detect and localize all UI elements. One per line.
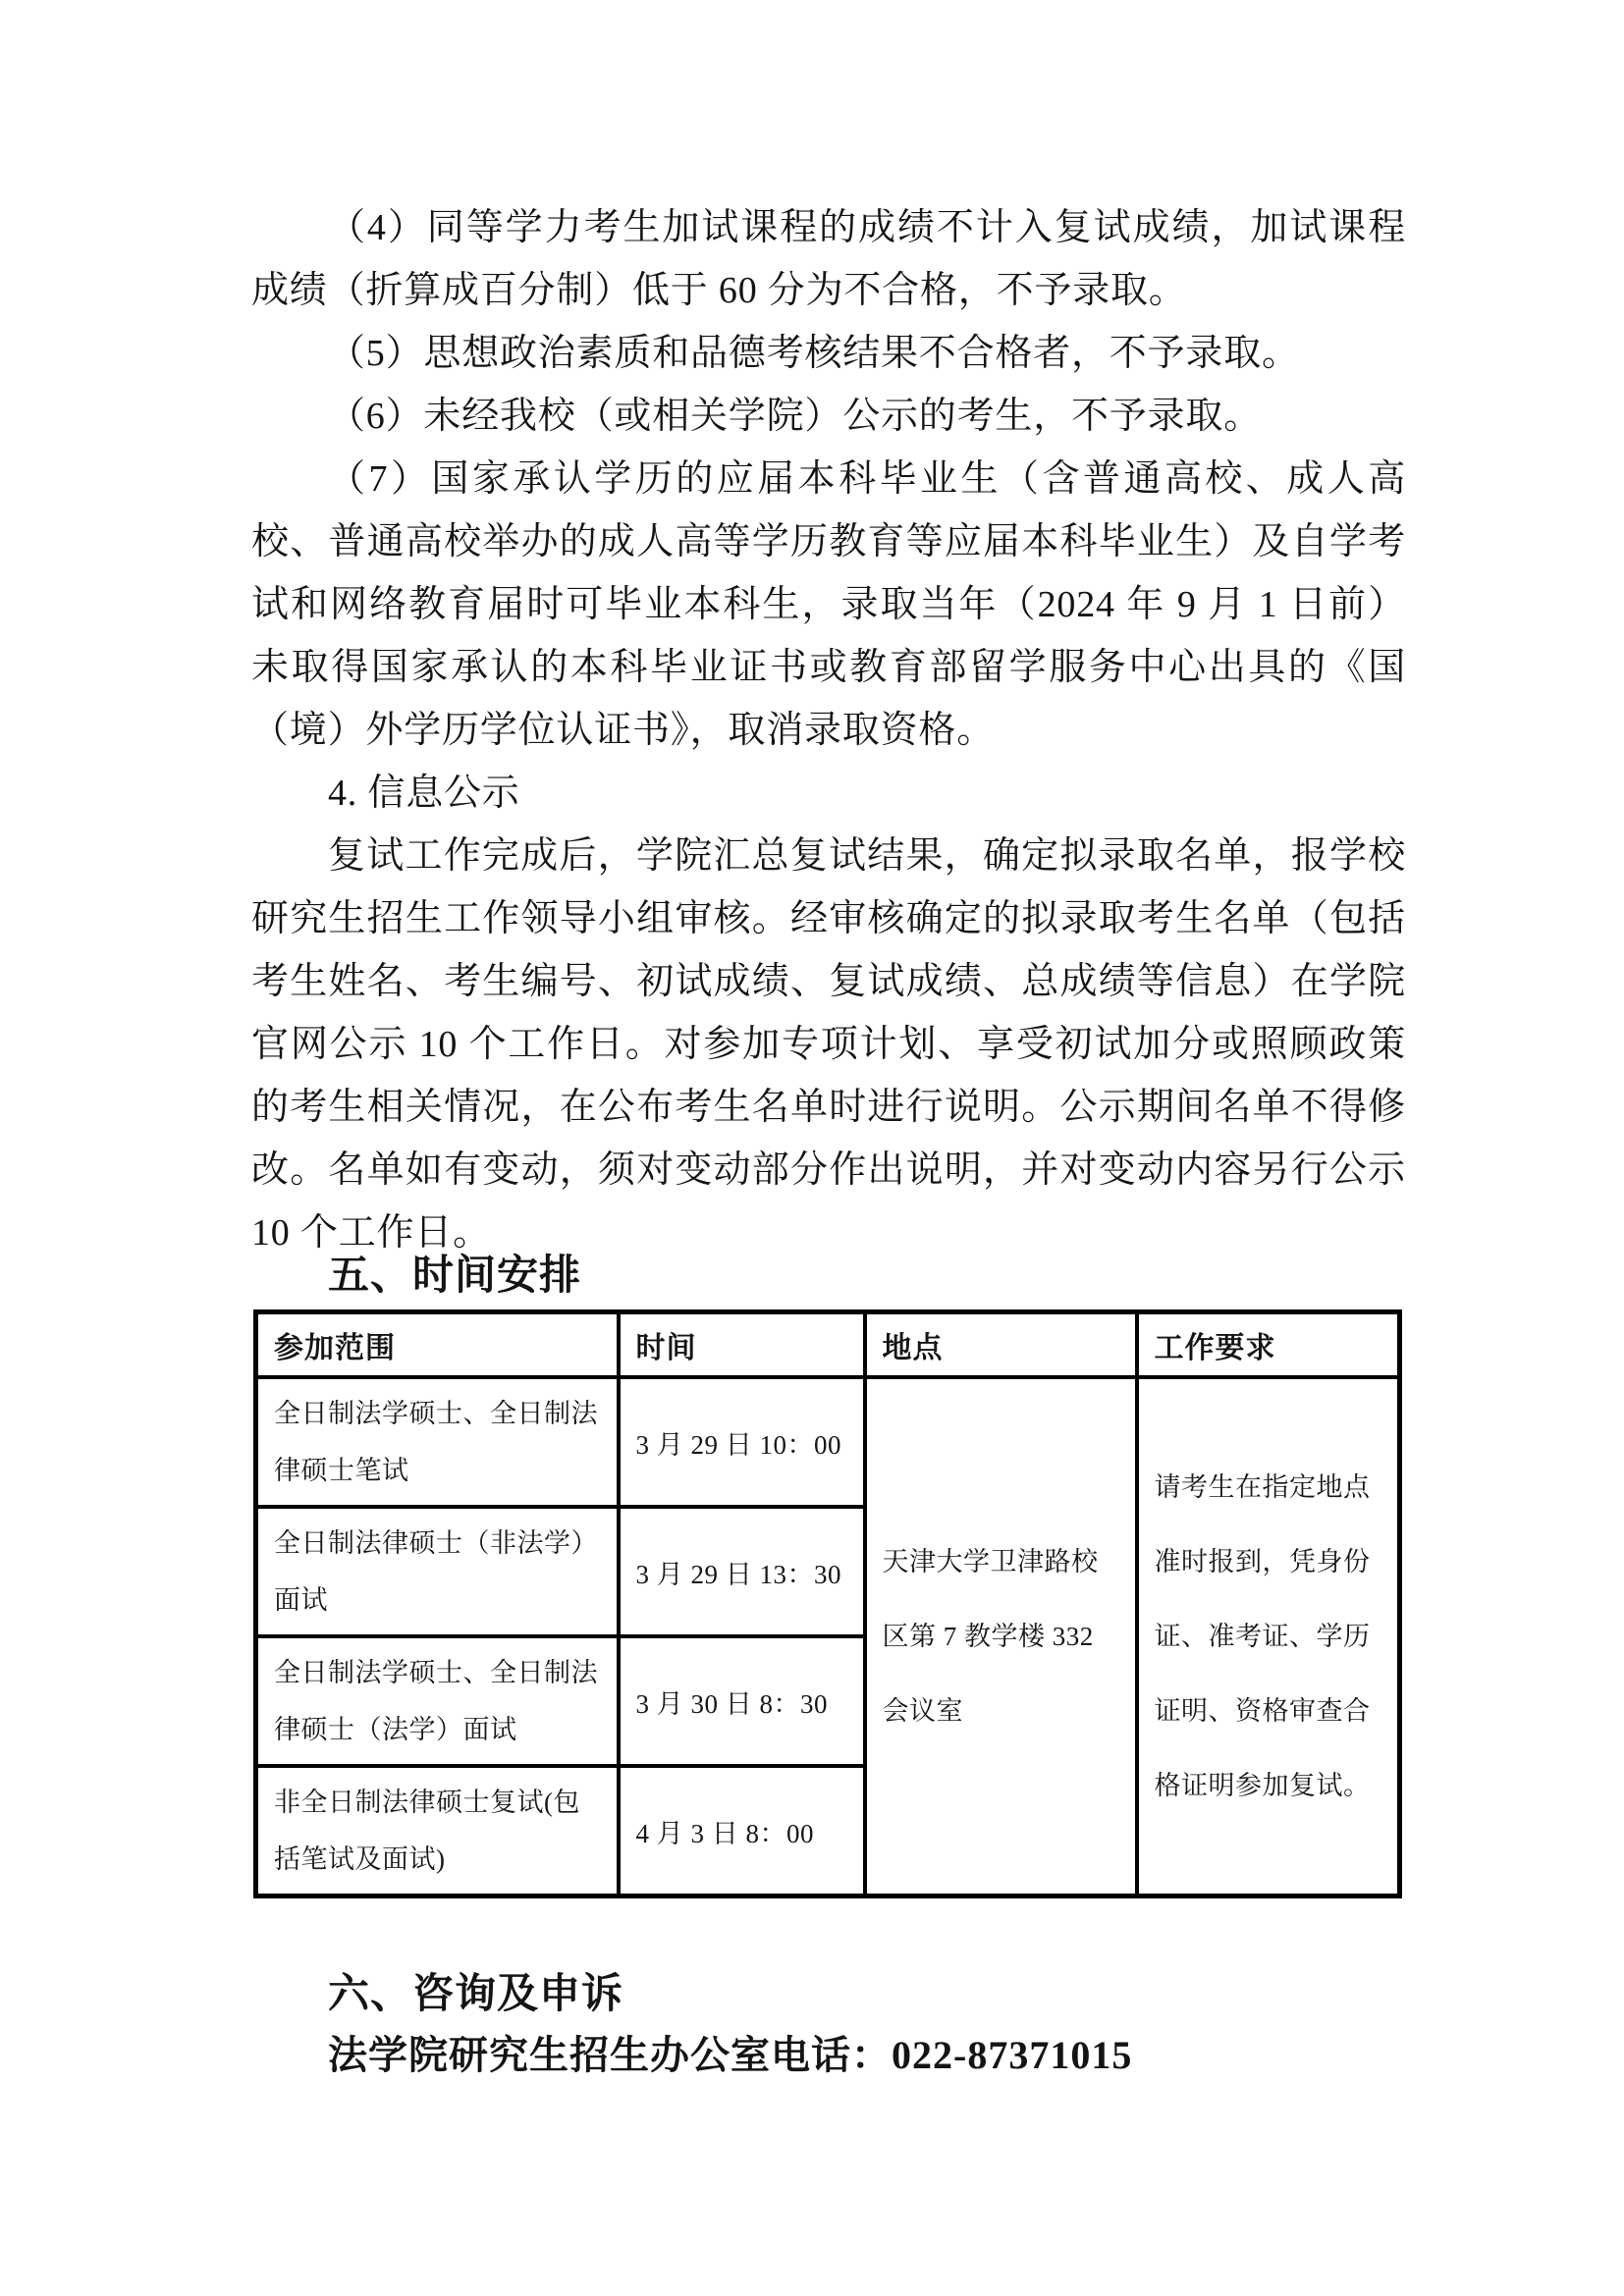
- paragraph-item6: （6）未经我校（或相关学院）公示的考生，不予录取。: [251, 385, 1406, 448]
- schedule-header-row: 参加范围 时间 地点 工作要求: [256, 1312, 1400, 1378]
- section-heading-appeal: 六、咨询及申诉: [328, 1967, 623, 2022]
- time-cell-row4: 4 月 3 日 8：00: [619, 1766, 865, 1896]
- header-scope: 参加范围: [256, 1312, 619, 1378]
- admissions-office-phone-line: 法学院研究生招生办公室电话：022-87371015: [328, 2028, 1132, 2083]
- scope-cell-parttime-retest: 非全日制法律硕士复试(包 括笔试及面试): [256, 1766, 619, 1896]
- time-cell-row3: 3 月 30 日 8：30: [619, 1636, 865, 1766]
- location-merged-cell: 天津大学卫津路校 区第 7 教学楼 332 会议室: [865, 1377, 1137, 1896]
- document-page: （4）同等学力考生加试课程的成绩不计入复试成绩，加试课程成绩（折算成百分制）低于…: [0, 0, 1624, 2296]
- paragraph-item4: （4）同等学力考生加试课程的成绩不计入复试成绩，加试课程成绩（折算成百分制）低于…: [251, 196, 1406, 322]
- schedule-table: 参加范围 时间 地点 工作要求 全日制法学硕士、全日制法 律硕士笔试 3 月 2…: [253, 1309, 1402, 1898]
- scope-cell-law-interview: 全日制法学硕士、全日制法 律硕士（法学）面试: [256, 1636, 619, 1766]
- scope-cell-nonlaw-interview: 全日制法律硕士（非法学） 面试: [256, 1507, 619, 1636]
- time-cell-row2: 3 月 29 日 13：30: [619, 1507, 865, 1636]
- table-row: 全日制法学硕士、全日制法 律硕士笔试 3 月 29 日 10：00 天津大学卫津…: [256, 1377, 1400, 1507]
- scope-cell-fulltime-written: 全日制法学硕士、全日制法 律硕士笔试: [256, 1377, 619, 1507]
- info-publicity-subheading: 4. 信息公示: [251, 762, 1406, 825]
- requirement-merged-cell: 请考生在指定地点 准时报到，凭身份 证、准考证、学历 证明、资格审查合 格证明参…: [1137, 1377, 1400, 1896]
- body-text-block: （4）同等学力考生加试课程的成绩不计入复试成绩，加试课程成绩（折算成百分制）低于…: [251, 196, 1406, 1264]
- header-requirement: 工作要求: [1137, 1312, 1400, 1378]
- paragraph-item5: （5）思想政治素质和品德考核结果不合格者，不予录取。: [251, 322, 1406, 385]
- header-time: 时间: [619, 1312, 865, 1378]
- section-heading-schedule: 五、时间安排: [328, 1249, 581, 1304]
- info-publicity-paragraph: 复试工作完成后，学院汇总复试结果，确定拟录取名单，报学校研究生招生工作领导小组审…: [251, 825, 1406, 1264]
- header-location: 地点: [865, 1312, 1137, 1378]
- time-cell-row1: 3 月 29 日 10：00: [619, 1377, 865, 1507]
- paragraph-item7: （7）国家承认学历的应届本科毕业生（含普通高校、成人高校、普通高校举办的成人高等…: [251, 448, 1406, 762]
